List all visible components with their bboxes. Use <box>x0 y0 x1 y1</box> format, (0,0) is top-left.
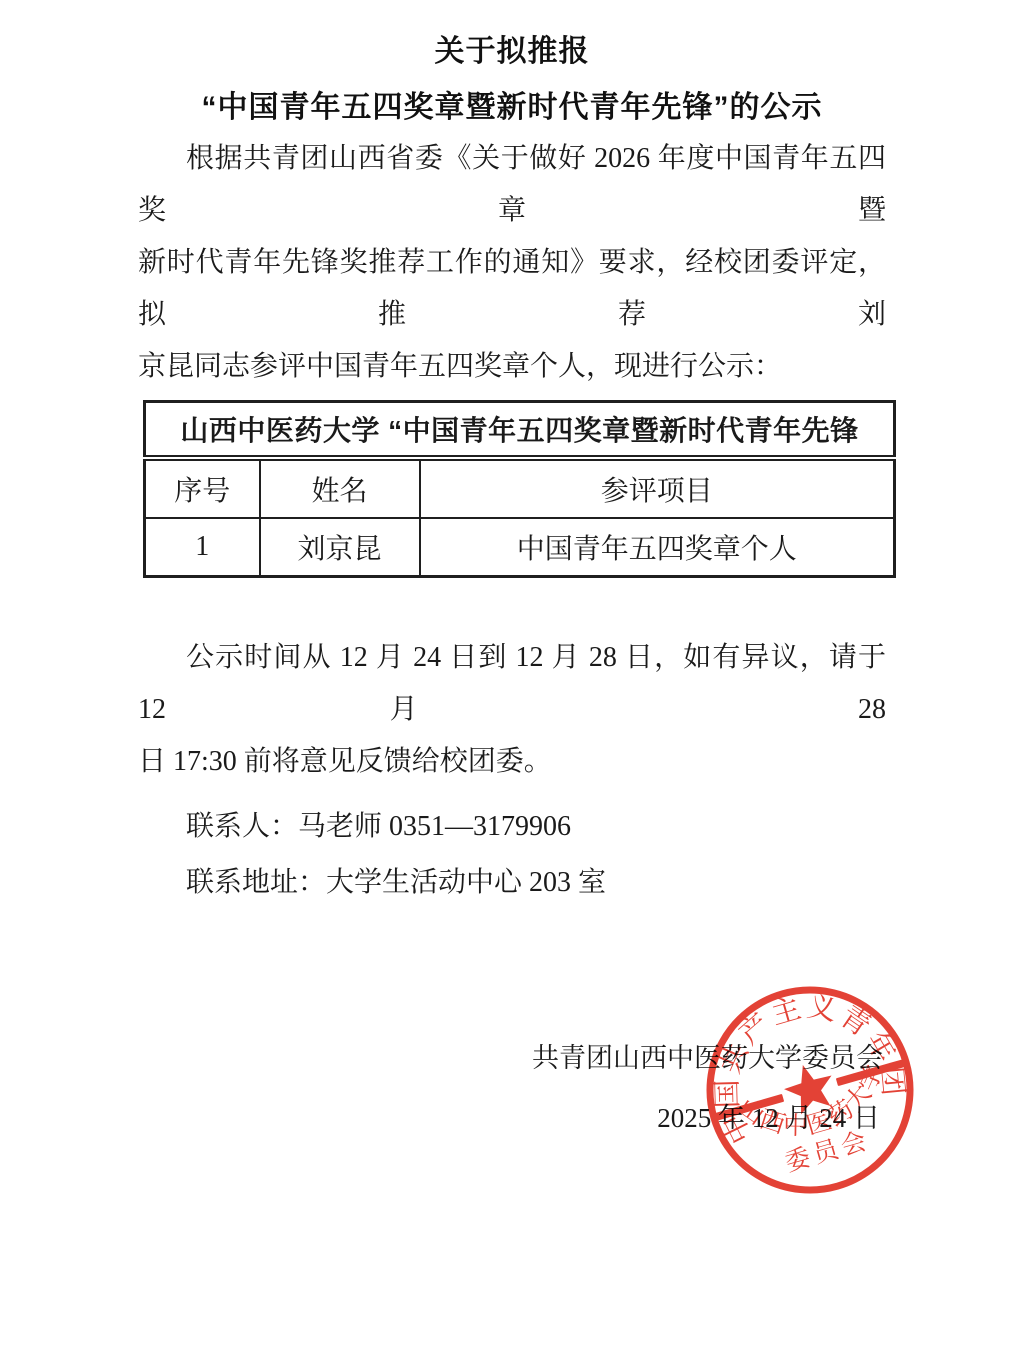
table-header-row: 序号 姓名 参评项目 <box>145 458 895 518</box>
intro-paragraph-line1: 根据共青团山西省委《关于做好 2026 年度中国青年五四奖章暨 <box>138 133 886 237</box>
publicity-period-line1: 公示时间从 12 月 24 日到 12 月 28 日，如有异议，请于 12 月 … <box>138 632 886 736</box>
table-header-category: 参评项目 <box>420 458 895 518</box>
contact-address-line: 联系地址：大学生活动中心 203 室 <box>138 866 606 900</box>
intro-paragraph: 根据共青团山西省委《关于做好 2026 年度中国青年五四奖章暨 新时代青年先锋奖… <box>138 133 886 393</box>
table-header-index: 序号 <box>145 458 260 518</box>
table-title: 山西中医药大学 “中国青年五四奖章暨新时代青年先锋 <box>145 402 895 459</box>
document-title-line2: “中国青年五四奖章暨新时代青年先锋”的公示 <box>0 82 1024 126</box>
official-seal: 中国共产主义青年团 山西中医药大学 委员会 <box>688 968 932 1212</box>
table-title-row: 山西中医药大学 “中国青年五四奖章暨新时代青年先锋 <box>145 402 895 459</box>
intro-paragraph-line3: 京昆同志参评中国青年五四奖章个人，现进行公示： <box>138 341 886 393</box>
table-cell-index: 1 <box>145 518 260 577</box>
table-header-name: 姓名 <box>260 458 420 518</box>
table-cell-category: 中国青年五四奖章个人 <box>420 518 895 577</box>
document-title-line1: 关于拟推报 <box>0 26 1024 70</box>
nominees-table: 山西中医药大学 “中国青年五四奖章暨新时代青年先锋 序号 姓名 参评项目 1 刘… <box>143 400 896 578</box>
contact-person-line: 联系人：马老师 0351—3179906 <box>138 810 571 844</box>
publicity-period-line2: 日 17:30 前将意见反馈给校团委。 <box>138 736 886 788</box>
intro-paragraph-line2: 新时代青年先锋奖推荐工作的通知》要求，经校团委评定，拟推荐刘 <box>138 237 886 341</box>
table-row: 1 刘京昆 中国青年五四奖章个人 <box>145 518 895 577</box>
document-page: 关于拟推报 “中国青年五四奖章暨新时代青年先锋”的公示 根据共青团山西省委《关于… <box>0 0 1024 1366</box>
table-cell-name: 刘京昆 <box>260 518 420 577</box>
publicity-period-paragraph: 公示时间从 12 月 24 日到 12 月 28 日，如有异议，请于 12 月 … <box>138 632 886 788</box>
